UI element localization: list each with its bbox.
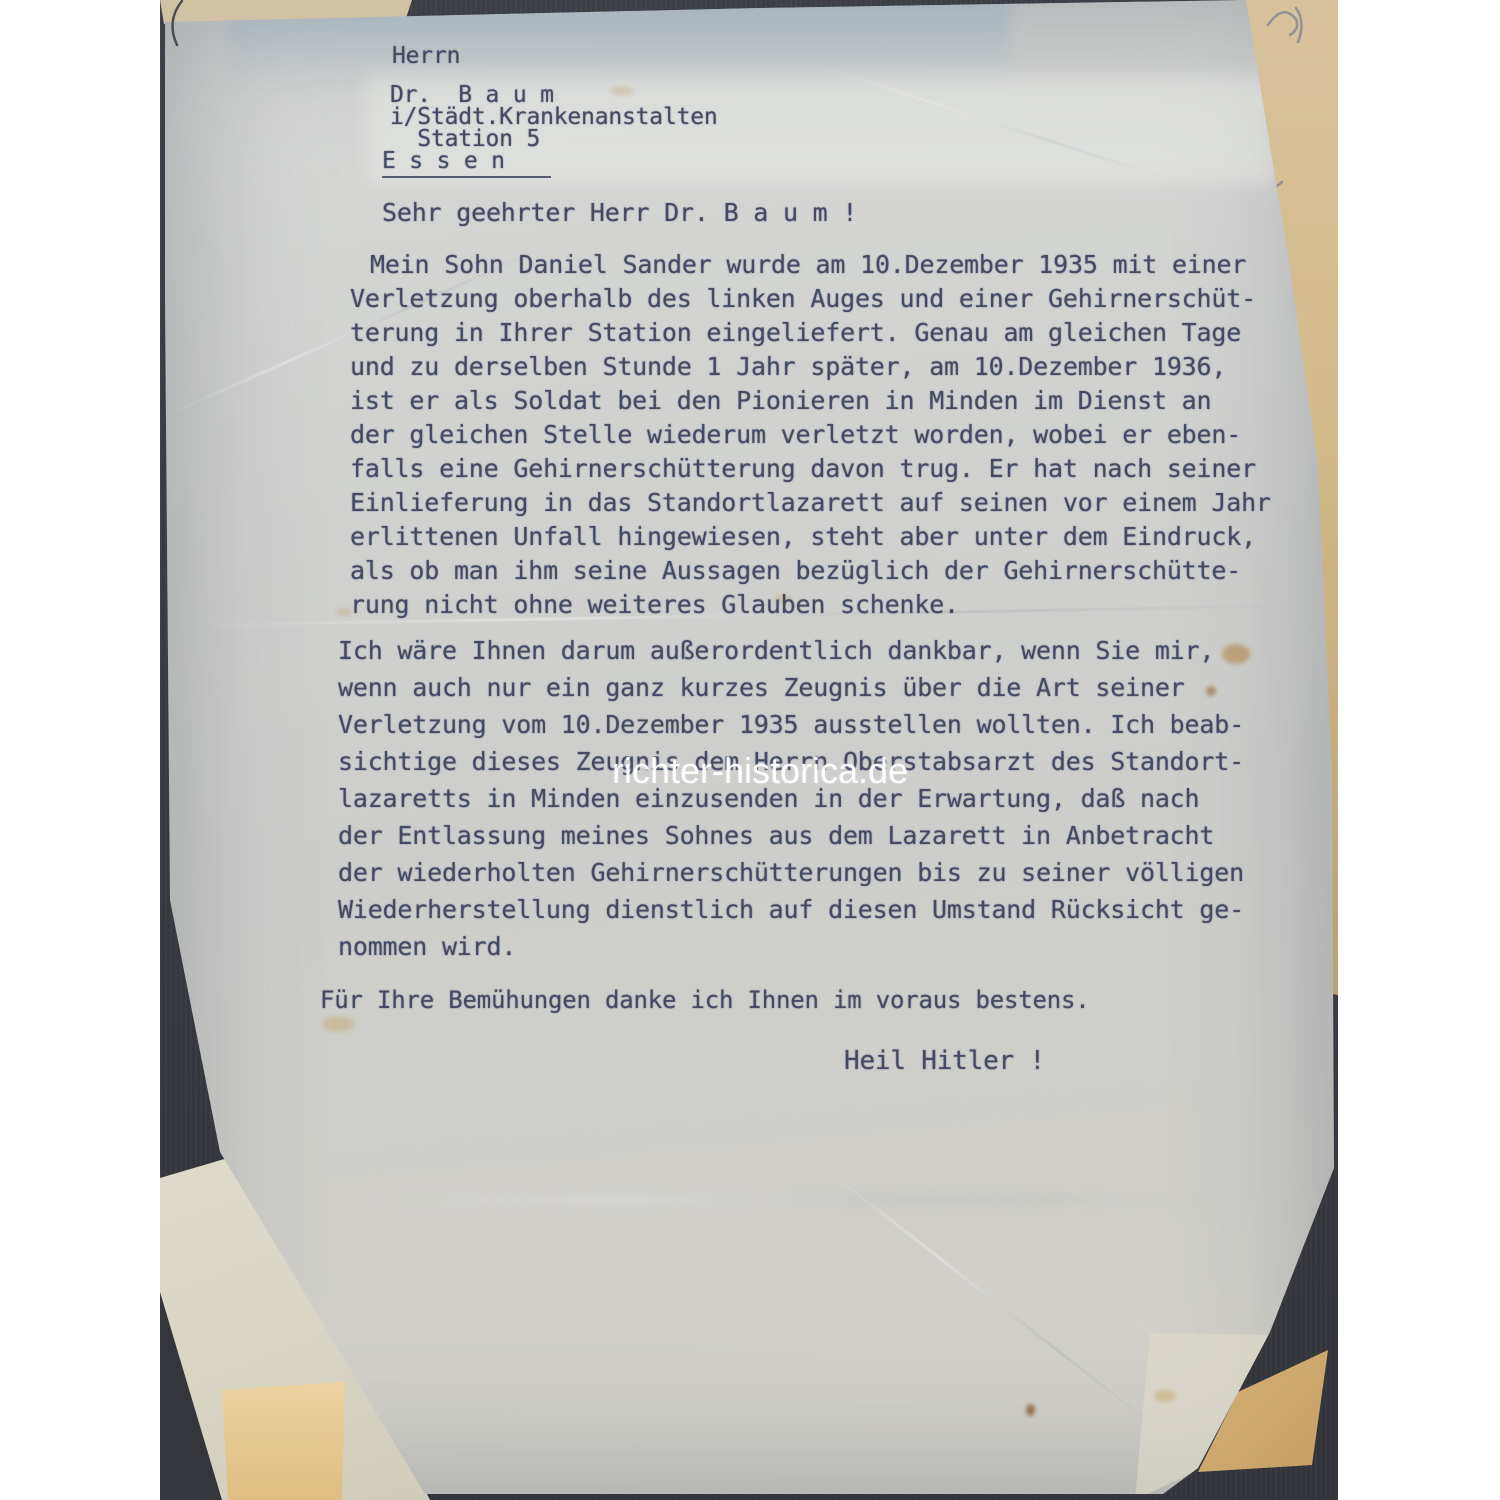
salutation: Sehr geehrter Herr Dr. B a u m !: [382, 198, 857, 227]
tan-paper-bottom-left: [215, 1378, 350, 1500]
typewritten-line: Verletzung vom 10.Dezember 1935 ausstell…: [338, 706, 1244, 743]
typewritten-letter-paper: Herrn Dr. B a u m i/Städt.Krankenanstalt…: [160, 0, 1338, 1500]
typewritten-line: erlittenen Unfall hingewiesen, steht abe…: [350, 520, 1271, 554]
letter-photograph: Herrn Dr. B a u m i/Städt.Krankenanstalt…: [160, 0, 1338, 1500]
typewritten-line: und zu derselben Stunde 1 Jahr später, a…: [350, 350, 1271, 384]
pencil-mark-top-left-icon: [160, 0, 220, 60]
stain: [1026, 1404, 1035, 1416]
recipient-city-underlined: E s s e n: [382, 148, 551, 178]
typewritten-line: rung nicht ohne weiteres Glauben schenke…: [350, 588, 1271, 622]
typewritten-line: wenn auch nur ein ganz kurzes Zeugnis üb…: [338, 669, 1244, 706]
closing-line: Heil Hitler !: [844, 1046, 1045, 1076]
typewritten-line: Mein Sohn Daniel Sander wurde am 10.Deze…: [350, 248, 1271, 282]
body-paragraph-1: Mein Sohn Daniel Sander wurde am 10.Deze…: [350, 248, 1271, 622]
typewritten-line: Verletzung oberhalb des linken Auges und…: [350, 282, 1271, 316]
page: { "watermark": { "text": "richter-histor…: [0, 0, 1500, 1500]
recipient-line: Herrn: [392, 44, 460, 69]
typewritten-line: Wiederherstellung dienstlich auf diesen …: [338, 891, 1244, 928]
typewritten-line: Ich wäre Ihnen darum außerordentlich dan…: [338, 632, 1244, 669]
stain: [1154, 1390, 1176, 1402]
body-paragraph-2: Ich wäre Ihnen darum außerordentlich dan…: [338, 632, 1244, 965]
typewritten-line: der Entlassung meines Sohnes aus dem Laz…: [338, 817, 1244, 854]
paper-crease: [825, 1168, 1166, 1435]
typewritten-line: terung in Ihrer Station eingeliefert. Ge…: [350, 316, 1271, 350]
recipient-line: Station 5: [390, 128, 718, 150]
watermark-text: richter-historica.de: [612, 750, 908, 792]
typewritten-line: ist er als Soldat bei den Pionieren in M…: [350, 384, 1271, 418]
typewritten-line: Einlieferung in das Standortlazarett auf…: [350, 486, 1271, 520]
recipient-city: E s s e n: [382, 148, 551, 178]
paper-crease: [320, 1195, 1220, 1205]
typewritten-line: nommen wird.: [338, 928, 1244, 965]
recipient-block: Dr. B a u m i/Städt.Krankenanstalten Sta…: [390, 84, 718, 150]
typewritten-line: der gleichen Stelle wiederum verletzt wo…: [350, 418, 1271, 452]
recipient-line: Dr. B a u m: [390, 84, 718, 106]
typewritten-line: der wiederholten Gehirnerschütterungen b…: [338, 854, 1244, 891]
body-paragraph-3: Für Ihre Bemühungen danke ich Ihnen im v…: [320, 986, 1089, 1014]
recipient-line: i/Städt.Krankenanstalten: [390, 106, 718, 128]
typewritten-line: als ob man ihm seine Aussagen bezüglich …: [350, 554, 1271, 588]
typewritten-line: falls eine Gehirnerschütterung davon tru…: [350, 452, 1271, 486]
stain: [322, 1016, 354, 1032]
